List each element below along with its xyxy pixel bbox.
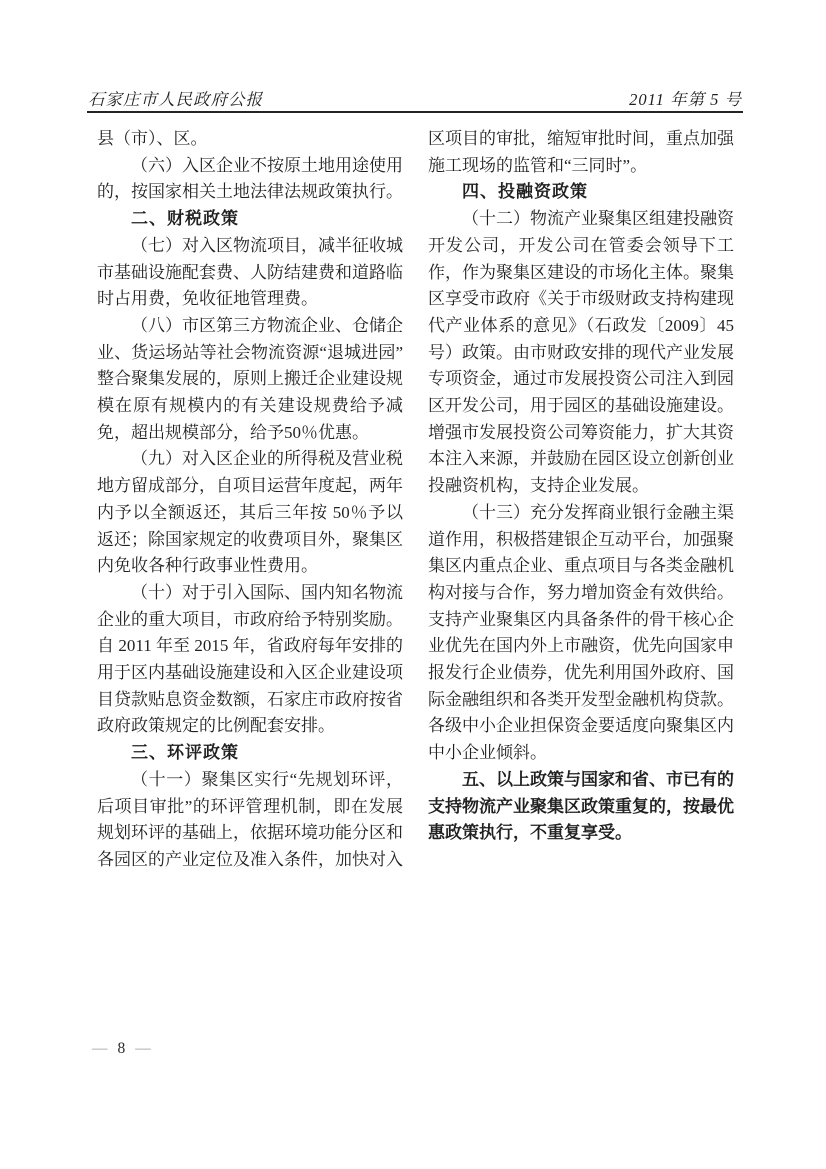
paragraph-item-6: （六）入区企业不按原土地用途使用的，按国家相关土地法律法规政策执行。 [97, 153, 403, 206]
gazette-page: 石家庄市人民政府公报 2011 年第 5 号 县（市）、区。 （六）入区企业不按… [0, 0, 826, 1169]
right-column: 区项目的审批，缩短审批时间，重点加强施工现场的监管和“三同时”。 四、投融资政策… [428, 126, 734, 874]
page-number: 8 [118, 1040, 126, 1058]
paragraph-item-11: （十一）聚集区实行“先规划环评，后项目审批”的环评管理机制，即在发展规划环评的基… [97, 767, 403, 874]
paragraph-item-8: （八）市区第三方物流企业、仓储企业、货运场站等社会物流资源“退城进园”整合聚集发… [97, 313, 403, 447]
gazette-title: 石家庄市人民政府公报 [88, 86, 263, 110]
paragraph-item-10: （十）对于引入国际、国内知名物流企业的重大项目，市政府给予特别奖励。自 2011… [97, 580, 403, 740]
paragraph-item-7: （七）对入区物流项目，减半征收城市基础设施配套费、人防结建费和道路临时占用费，免… [97, 233, 403, 313]
heading-section-3-environmental: 三、环评政策 [97, 740, 403, 767]
page-footer: — 8 — [92, 1040, 151, 1058]
header-rule [87, 111, 743, 113]
document-body: 县（市）、区。 （六）入区企业不按原土地用途使用的，按国家相关土地法律法规政策执… [97, 126, 734, 874]
heading-section-2-finance-tax: 二、财税政策 [97, 206, 403, 233]
page-header: 石家庄市人民政府公报 2011 年第 5 号 [88, 86, 742, 110]
paragraph-item-12: （十二）物流产业聚集区组建投融资开发公司，开发公司在管委会领导下工作，作为聚集区… [428, 206, 734, 500]
heading-section-4-investment-financing: 四、投融资政策 [428, 179, 734, 206]
paragraph-continuation-item-11: 区项目的审批，缩短审批时间，重点加强施工现场的监管和“三同时”。 [428, 126, 734, 179]
paragraph-item-9: （九）对入区企业的所得税及营业税地方留成部分，自项目运营年度起，两年内予以全额返… [97, 446, 403, 580]
issue-number: 2011 年第 5 号 [629, 86, 742, 110]
footer-dash-left: — [92, 1040, 108, 1058]
paragraph-item-13: （十三）充分发挥商业银行金融主渠道作用，积极搭建银企互动平台，加强聚集区内重点企… [428, 500, 734, 767]
footer-dash-right: — [135, 1040, 151, 1058]
paragraph-section-5-emphasis: 五、以上政策与国家和省、市已有的支持物流产业聚集区政策重复的，按最优惠政策执行，… [428, 767, 734, 847]
paragraph-continuation-prev-page: 县（市）、区。 [97, 126, 403, 153]
left-column: 县（市）、区。 （六）入区企业不按原土地用途使用的，按国家相关土地法律法规政策执… [97, 126, 403, 874]
